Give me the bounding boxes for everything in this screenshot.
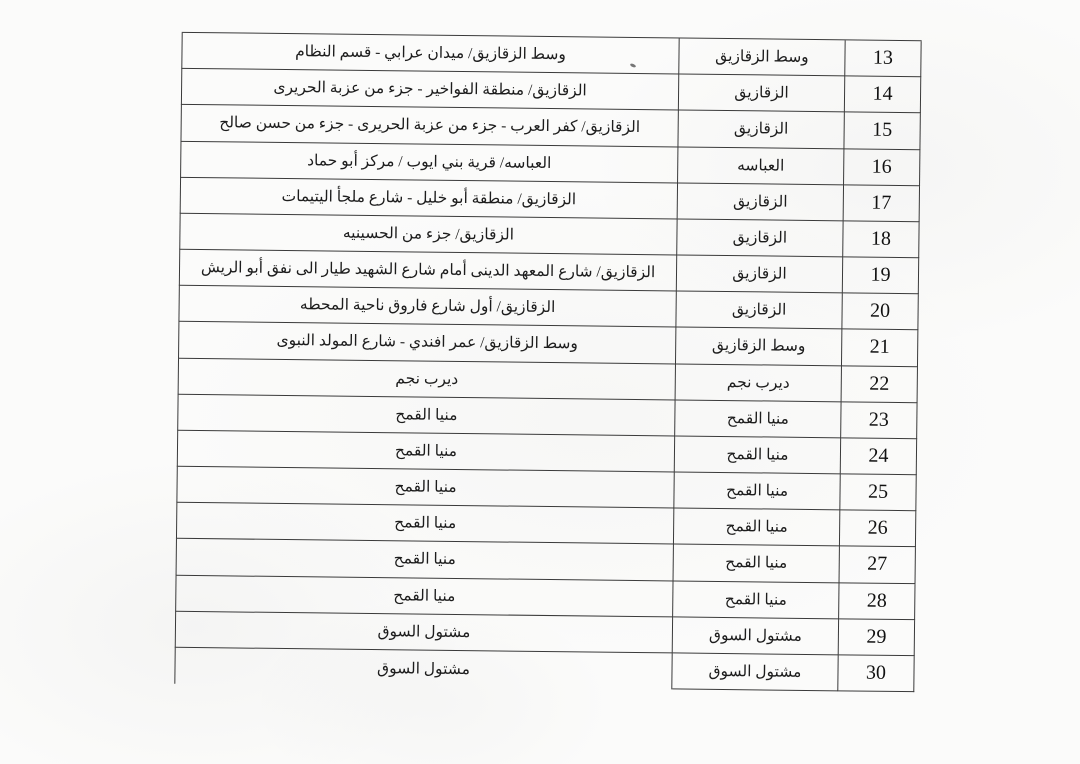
address-cell: منيا القمح: [176, 503, 674, 545]
district-cell: ديرب نجم: [676, 364, 842, 402]
address-cell: العباسه/ قرية بني ايوب / مركز أبو حماد: [180, 141, 678, 183]
address-cell: الزقازيق/ شارع المعهد الدينى أمام شارع ا…: [179, 250, 677, 292]
row-number-cell: 23: [841, 402, 917, 439]
row-number-cell: 17: [844, 185, 920, 222]
address-cell: ديرب نجم: [178, 358, 676, 400]
district-cell: الزقازيق: [677, 255, 843, 293]
row-number-cell: 14: [845, 77, 921, 114]
row-number-cell: 28: [839, 583, 915, 620]
district-cell: الزقازيق: [676, 292, 842, 330]
address-cell: الزقازيق/ كفر العرب - جزء من عزبة الحرير…: [180, 105, 678, 147]
district-cell: منيا القمح: [674, 473, 840, 511]
district-cell: مشتول السوق: [672, 653, 838, 691]
district-cell: الزقازيق: [677, 219, 843, 257]
address-cell: وسط الزقازيق/ عمر افندي - شارع المولد ال…: [178, 322, 676, 364]
address-cell: الزقازيق/ أول شارع فاروق ناحية المحطه: [178, 286, 676, 328]
row-number-cell: 13: [845, 40, 921, 77]
row-number-cell: 18: [843, 221, 919, 258]
address-cell: مشتول السوق: [175, 612, 673, 654]
district-cell: وسط الزقازيق: [679, 38, 845, 76]
document-table: وسط الزقازيق/ ميدان عرابي - قسم النظام و…: [174, 32, 921, 692]
address-cell: منيا القمح: [175, 575, 673, 617]
address-cell: الزقازيق/ جزء من الحسينيه: [179, 214, 677, 256]
row-number-cell: 21: [842, 330, 918, 367]
address-cell: منيا القمح: [176, 467, 674, 509]
district-cell: وسط الزقازيق: [676, 328, 842, 366]
district-cell: منيا القمح: [674, 509, 840, 547]
district-cell: منيا القمح: [675, 400, 841, 438]
row-number-cell: 25: [840, 474, 916, 511]
row-number-cell: 15: [844, 113, 920, 150]
district-cell: العباسه: [678, 147, 844, 185]
address-cell: الزقازيق/ منطقة أبو خليل - شارع ملجأ الي…: [180, 178, 678, 220]
row-number-cell: 22: [842, 366, 918, 403]
row-number-cell: 26: [840, 511, 916, 548]
row-number-cell: 30: [838, 655, 914, 692]
row-number-cell: 24: [841, 438, 917, 475]
row-number-cell: 29: [839, 619, 915, 656]
address-cell: منيا القمح: [177, 431, 675, 473]
district-cell: منيا القمح: [673, 581, 839, 619]
address-cell: وسط الزقازيق/ ميدان عرابي - قسم النظام: [181, 33, 679, 75]
district-cell: الزقازيق: [678, 111, 844, 149]
row-number-cell: 27: [840, 547, 916, 584]
district-cell: الزقازيق: [678, 183, 844, 221]
row-number-cell: 20: [842, 294, 918, 331]
row-number-cell: 19: [843, 257, 919, 294]
district-cell: الزقازيق: [679, 75, 845, 113]
district-cell: منيا القمح: [675, 436, 841, 474]
district-cell: مشتول السوق: [673, 617, 839, 655]
table-row: مشتول السوق مشتول السوق 30: [174, 648, 914, 693]
row-number-cell: 16: [844, 149, 920, 186]
address-cell: مشتول السوق: [174, 648, 672, 690]
address-cell: الزقازيق/ منطقة الفواخير - جزء من عزبة ا…: [181, 69, 679, 111]
address-cell: منيا القمح: [177, 395, 675, 437]
address-cell: منيا القمح: [176, 539, 674, 581]
district-cell: منيا القمح: [674, 545, 840, 583]
scanned-page: وسط الزقازيق/ ميدان عرابي - قسم النظام و…: [0, 0, 1080, 764]
